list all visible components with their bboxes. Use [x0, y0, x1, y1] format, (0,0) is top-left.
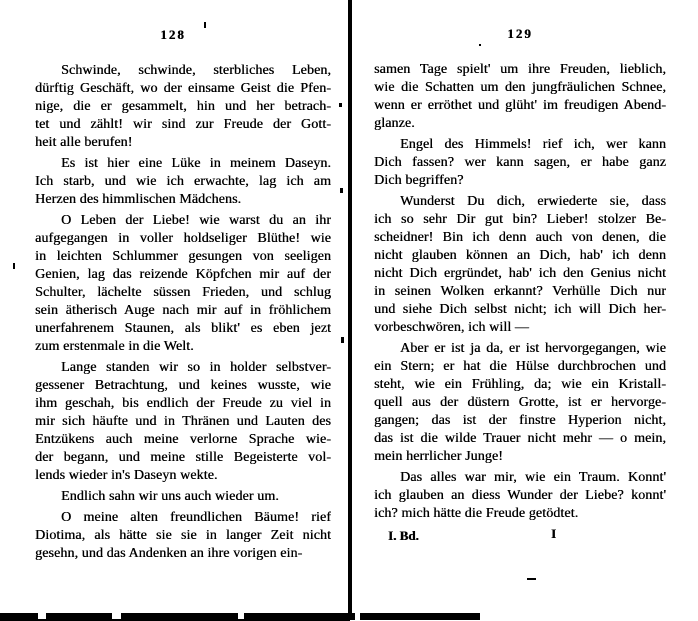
- text-line: nicht Dich ergründet, hab' ich den Geniu…: [374, 265, 666, 283]
- text-line: mein herrlicher Junge!: [374, 448, 666, 466]
- text-line: lends wieder in's Daseyn wekte.: [35, 467, 331, 485]
- text-line: wie die Schatten um den jungfräulichen S…: [374, 79, 666, 97]
- text-line: nige, die er gesammelt, hin und her betr…: [35, 98, 331, 116]
- text-line: Ich starb, und wie ich erwachte, lag ich…: [35, 173, 331, 191]
- text-line: dürftig Geschäft, wo der einsame Geist d…: [35, 80, 331, 98]
- scan-speckle: [13, 263, 15, 269]
- text-line: Aber er ist ja da, er ist hervorgegangen…: [374, 340, 666, 358]
- text-line: quell aus der düstern Grotte, ist er her…: [374, 394, 666, 412]
- text-line: Herzen des himmlischen Mädchens.: [35, 191, 331, 209]
- paragraph: O Leben der Liebe! wie warst du an ihrau…: [35, 212, 331, 356]
- text-line: unerfahrenem Staunen, als blikt' es eben…: [35, 320, 331, 338]
- text-line: Schwinde, schwinde, sterbliches Leben,: [35, 62, 331, 80]
- text-line: samen Tage spielt' um ihre Freuden, lieb…: [374, 61, 666, 79]
- text-line: gesehn, und das Andenken an ihre vorigen…: [35, 545, 331, 563]
- signature-mark: I: [551, 526, 556, 542]
- text-line: Dich fassen? wer kann sagen, er habe gan…: [374, 154, 666, 172]
- text-line: Engel des Himmels! rief ich, wer kann: [374, 136, 666, 154]
- paragraph: Das alles war mir, wie ein Traum. Konnt'…: [374, 469, 666, 523]
- text-line: Genien, lag das reizende Köpfchen mir au…: [35, 266, 331, 284]
- scan-speckle: [339, 103, 342, 107]
- text-line: Das alles war mir, wie ein Traum. Konnt': [374, 469, 666, 487]
- text-line: Es ist hier eine Lüke in meinem Daseyn.: [35, 155, 331, 173]
- text-line: Schulter, lächelte süssen Frieden, und s…: [35, 284, 331, 302]
- right-page-text: samen Tage spielt' um ihre Freuden, lieb…: [374, 61, 666, 526]
- scan-speckle: [340, 188, 343, 193]
- volume-mark: I. Bd.: [388, 528, 419, 544]
- paragraph: Wunderst Du dich, erwiederte sie, dassic…: [374, 193, 666, 337]
- scan-speckle: [341, 337, 344, 343]
- right-page-number: 129: [374, 26, 666, 42]
- paragraph: Aber er ist ja da, er ist hervorgegangen…: [374, 340, 666, 466]
- text-line: ihm geschah, bis endlich der Freude zu v…: [35, 395, 331, 413]
- text-line: ich glauben an diess Wunder der Liebe? k…: [374, 487, 666, 505]
- text-line: steht, wie ein Frühling, da; wie ein Kri…: [374, 376, 666, 394]
- paragraph: Schwinde, schwinde, sterbliches Leben,dü…: [35, 62, 331, 152]
- paragraph: samen Tage spielt' um ihre Freuden, lieb…: [374, 61, 666, 133]
- separator-dash: [527, 578, 536, 580]
- text-line: heit alle berufen!: [35, 134, 331, 152]
- text-line: Entzükens auch meine verlorne Sprache wi…: [35, 431, 331, 449]
- scan-speckle: [204, 22, 206, 28]
- text-line: mir sich häufte und in Thränen und Laute…: [35, 413, 331, 431]
- text-line: wenn er erröthet und glüht' im freudigen…: [374, 97, 666, 115]
- paragraph: Endlich sahn wir uns auch wieder um.: [35, 488, 331, 506]
- text-line: gessener Betrachtung, und keines wusste,…: [35, 377, 331, 395]
- text-line: ich? mich hätte die Freude getödtet.: [374, 505, 666, 523]
- text-line: O Leben der Liebe! wie warst du an ihr: [35, 212, 331, 230]
- text-line: das ist die wilde Trauer nicht mehr — o …: [374, 430, 666, 448]
- book-gutter-line: [348, 0, 352, 614]
- text-line: Dich begriffen?: [374, 172, 666, 190]
- text-line: zum erstenmale in die Welt.: [35, 338, 331, 356]
- text-line: tet und zählt! wir sind zur Freude der G…: [35, 116, 331, 134]
- paragraph: Es ist hier eine Lüke in meinem Daseyn.I…: [35, 155, 331, 209]
- scan-speckle: [479, 44, 481, 46]
- text-line: sein ätherisch Auge nach mir auf in fröh…: [35, 302, 331, 320]
- text-line: in seinen Wolken erkannt? Verhülle Dich …: [374, 283, 666, 301]
- text-line: ich so sehr Dir gut bin? Lieber! stolzer…: [374, 211, 666, 229]
- text-line: vorbeschwören, ich will —: [374, 319, 666, 337]
- book-scan-sheet: 128 129 Schwinde, schwinde, sterbliches …: [0, 0, 698, 621]
- text-line: aufgegangen in voller holdseliger Blüthe…: [35, 230, 331, 248]
- text-line: nicht glauben können an Dich, hab' ich d…: [374, 247, 666, 265]
- text-line: der begann, und meine stille Begeisterte…: [35, 449, 331, 467]
- left-page-number: 128: [25, 27, 321, 43]
- text-line: und siehe Dich selbst nicht; ich will Di…: [374, 301, 666, 319]
- text-line: gangen; das ist der finstre Hyperion nic…: [374, 412, 666, 430]
- text-line: Endlich sahn wir uns auch wieder um.: [35, 488, 331, 506]
- text-line: Wunderst Du dich, erwiederte sie, dass: [374, 193, 666, 211]
- text-line: Lange standen wir so in holder selbstver…: [35, 359, 331, 377]
- text-line: ein Stern; er hat die Hülse durchbrochen…: [374, 358, 666, 376]
- text-line: glanze.: [374, 115, 666, 133]
- left-page-text: Schwinde, schwinde, sterbliches Leben,dü…: [35, 62, 331, 566]
- paragraph: Lange standen wir so in holder selbstver…: [35, 359, 331, 485]
- text-line: O meine alten freundlichen Bäume! rief: [35, 509, 331, 527]
- text-line: scheidner! Bin ich denn auch von denen, …: [374, 229, 666, 247]
- text-line: in leichten Schlummer gesungen von seeli…: [35, 248, 331, 266]
- text-line: Diotima, als hätte sie sie in langer Zei…: [35, 527, 331, 545]
- paragraph: O meine alten freundlichen Bäume! riefDi…: [35, 509, 331, 563]
- paragraph: Engel des Himmels! rief ich, wer kannDic…: [374, 136, 666, 190]
